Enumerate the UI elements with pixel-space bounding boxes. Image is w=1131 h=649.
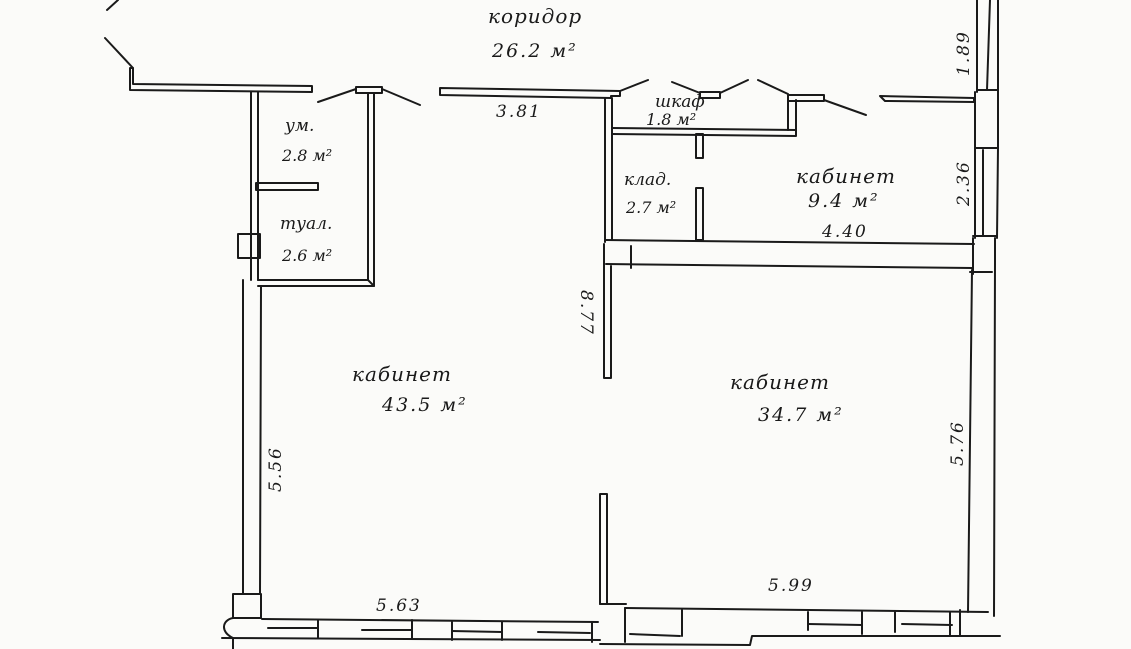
wall-exterior-bottom bbox=[222, 594, 1000, 649]
wall-partition-vertical bbox=[600, 266, 611, 604]
wall-exterior-right bbox=[968, 0, 998, 616]
dimension-bottom-left: 5.63 bbox=[376, 598, 422, 615]
washroom-area: 2.8 м² bbox=[282, 148, 332, 164]
wall-washroom-toilet-block bbox=[238, 92, 374, 594]
office-left-name: кабинет bbox=[352, 364, 452, 384]
dimension-right-mid: 2.36 bbox=[956, 160, 973, 206]
washroom-name: ум. bbox=[285, 118, 314, 135]
corridor-area: 26.2 м² bbox=[492, 42, 578, 61]
door-swing-top-left bbox=[105, 0, 133, 68]
door-office-small bbox=[788, 95, 866, 115]
closet-name: шкаф bbox=[655, 94, 705, 111]
wall-corridor-south-middle bbox=[440, 88, 620, 98]
wall-corridor-south-right bbox=[880, 96, 974, 102]
closet-area: 1.8 м² bbox=[646, 112, 696, 128]
dimension-left-wall: 5.56 bbox=[268, 446, 285, 492]
toilet-area: 2.6 м² bbox=[282, 248, 332, 264]
wall-corridor-south-left bbox=[130, 68, 312, 92]
corridor-name: коридор bbox=[488, 6, 582, 26]
dimension-partition-height: 8.77 bbox=[577, 290, 594, 336]
office-small-area: 9.4 м² bbox=[808, 192, 880, 211]
dimension-bottom-right: 5.99 bbox=[768, 578, 814, 595]
toilet-name: туал. bbox=[280, 216, 332, 233]
office-right-name: кабинет bbox=[730, 372, 830, 392]
office-right-area: 34.7 м² bbox=[758, 406, 844, 425]
wall-partition-horizontal bbox=[604, 244, 972, 268]
dimension-right-wall: 5.76 bbox=[950, 420, 967, 466]
dimension-corridor-wall: 3.81 bbox=[496, 104, 542, 121]
office-left-area: 43.5 м² bbox=[382, 396, 468, 415]
office-small-name: кабинет bbox=[796, 166, 896, 186]
dimension-office-small-width: 4.40 bbox=[822, 224, 868, 241]
floor-plan-drawing bbox=[0, 0, 1131, 649]
dimension-right-top: 1.89 bbox=[956, 30, 973, 76]
storage-area: 2.7 м² bbox=[626, 200, 676, 216]
storage-name: клад. bbox=[624, 172, 671, 189]
